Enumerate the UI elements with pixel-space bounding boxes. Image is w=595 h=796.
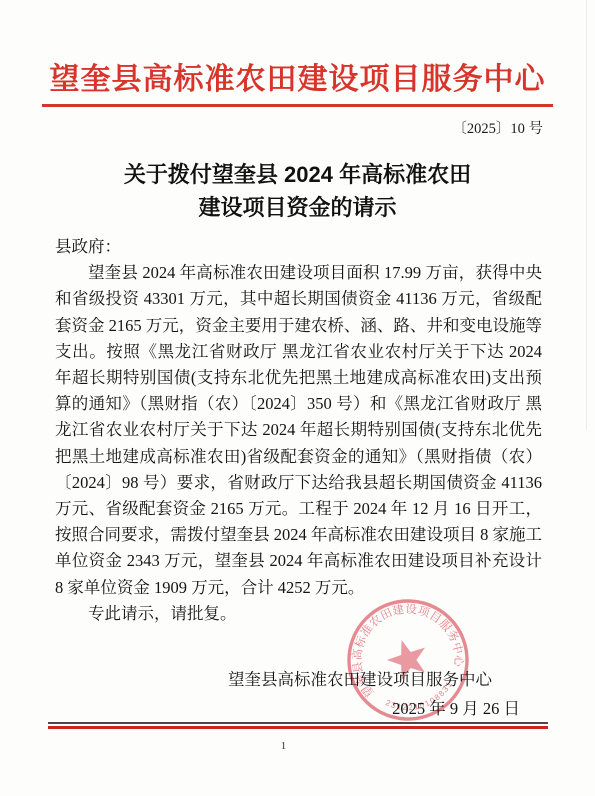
seal-serial-number: 2312210108831 [382,677,459,721]
document-number: 〔2025〕10 号 [452,117,543,138]
official-seal-stamp-icon: 望奎县高标准农田建设项目服务中心 2312210108831 [344,596,472,724]
document-title-line1: 关于拨付望奎县 2024 年高标准农田 [0,158,595,191]
letterhead-divider-rule [42,104,553,107]
seal-star-icon [383,634,433,682]
document-page: 望奎县高标准农田建设项目服务中心 〔2025〕10 号 关于拨付望奎县 2024… [0,0,595,796]
salutation: 县政府： [55,234,542,260]
svg-text:2312210108831: 2312210108831 [382,677,459,721]
footer-divider-red [48,726,548,729]
document-title-line2: 建设项目资金的请示 [0,191,595,224]
letterhead-org-name: 望奎县高标准农田建设项目服务中心 [0,54,595,98]
document-title: 关于拨付望奎县 2024 年高标准农田 建设项目资金的请示 [0,158,595,224]
document-body: 县政府： 望奎县 2024 年高标准农田建设项目面积 17.99 万亩，获得中央… [55,234,542,627]
footer-divider-dark [48,722,548,724]
body-paragraph-1: 望奎县 2024 年高标准农田建设项目面积 17.99 万亩，获得中央和省级投资… [55,260,542,601]
page-number: 1 [0,740,581,752]
